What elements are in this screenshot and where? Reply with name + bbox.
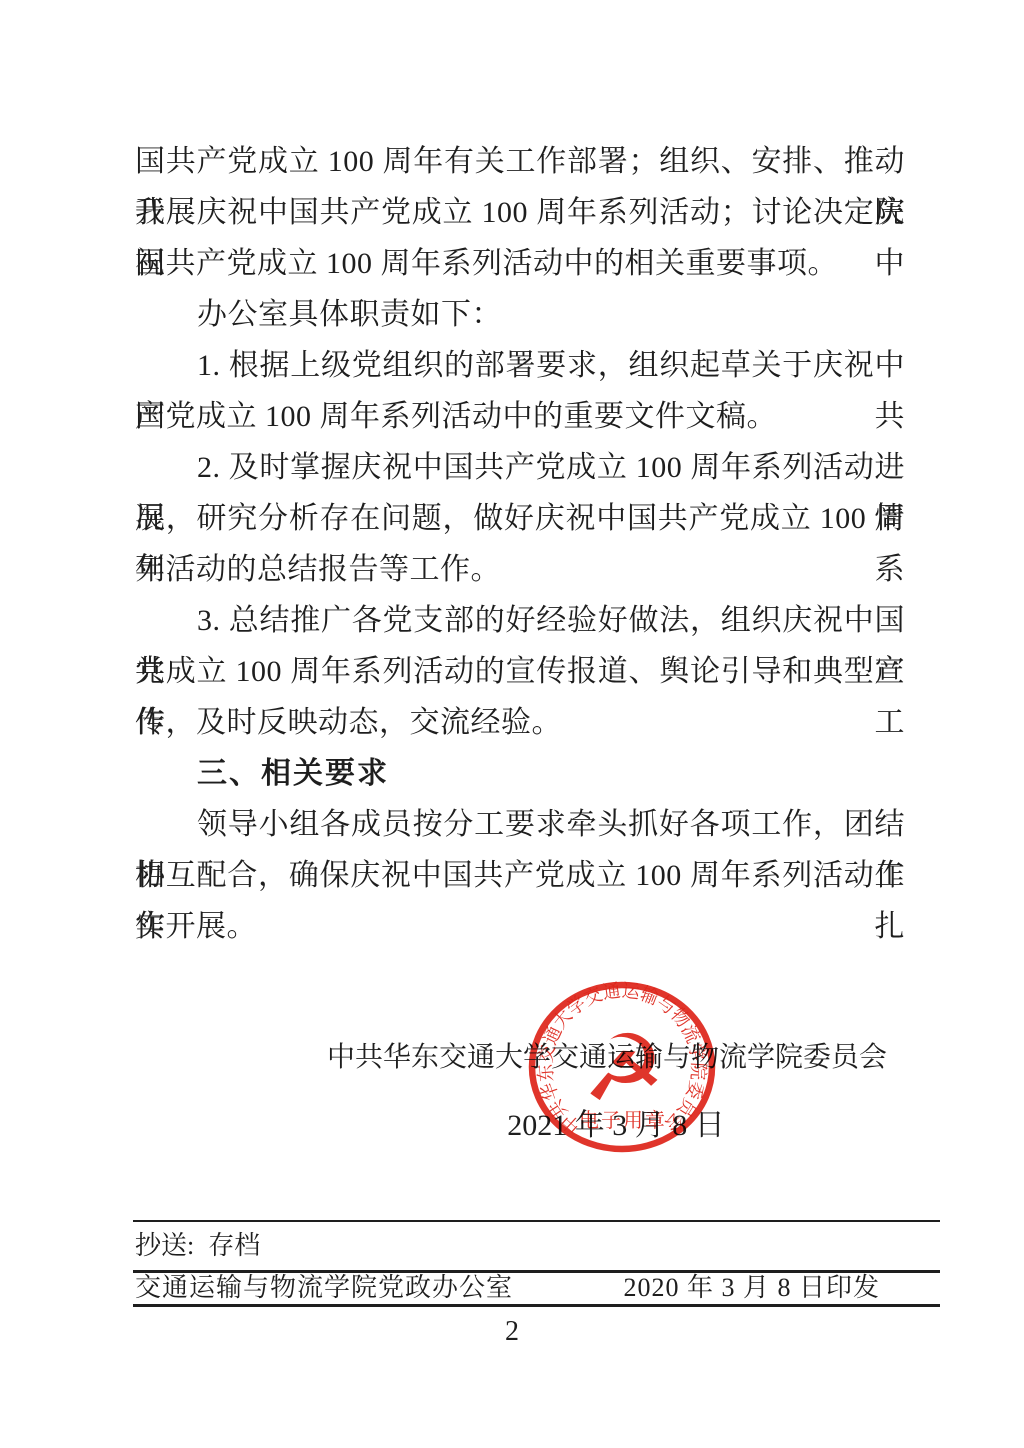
cc-row: 抄送:存档 bbox=[135, 1224, 940, 1268]
body-line: 3. 总结推广各党支部的好经验好做法，组织庆祝中国共产 bbox=[135, 595, 905, 646]
body-line: 党成立 100 周年系列活动的宣传报道、舆论引导和典型宣传工 bbox=[135, 646, 905, 697]
section-heading: 三、相关要求 bbox=[135, 748, 905, 799]
body-line: 国共产党成立 100 周年有关工作部署；组织、安排、推动我院 bbox=[135, 136, 905, 187]
issuing-office: 交通运输与物流学院党政办公室 bbox=[135, 1272, 513, 1303]
issuer-row: 交通运输与物流学院党政办公室 2020 年 3 月 8 日印发 bbox=[135, 1272, 940, 1303]
footer-rule-top bbox=[133, 1220, 940, 1222]
document-body-lines: 国共产党成立 100 周年有关工作部署；组织、安排、推动我院开展庆祝中国共产党成… bbox=[135, 136, 905, 952]
signature-committee: 中共华东交通大学交通运输与物流学院委员会 bbox=[95, 1038, 1024, 1078]
body-line: 领导小组各成员按分工要求牵头抓好各项工作，团结协作 bbox=[135, 799, 905, 850]
document-page: 国共产党成立 100 周年有关工作部署；组织、安排、推动我院开展庆祝中国共产党成… bbox=[0, 0, 1024, 1448]
cc-label: 抄送: bbox=[135, 1231, 194, 1260]
body-line: 况，研究分析存在问题，做好庆祝中国共产党成立 100 周年系 bbox=[135, 493, 905, 544]
body-line: 2. 及时掌握庆祝中国共产党成立 100 周年系列活动进展情 bbox=[135, 442, 905, 493]
signature-date: 2021 年 3 月 8 日 bbox=[104, 1106, 1024, 1146]
body-line: 开展庆祝中国共产党成立 100 周年系列活动；讨论决定庆祝中 bbox=[135, 187, 905, 238]
body-line: 1. 根据上级党组织的部署要求，组织起草关于庆祝中国共 bbox=[135, 340, 905, 391]
body-line: 办公室具体职责如下： bbox=[135, 289, 905, 340]
body-line: 相互配合，确保庆祝中国共产党成立 100 周年系列活动工作扎 bbox=[135, 850, 905, 901]
body-line: 国共产党成立 100 周年系列活动中的相关重要事项。 bbox=[135, 238, 905, 289]
issue-date: 2020 年 3 月 8 日印发 bbox=[623, 1272, 940, 1303]
footer-rule-bottom bbox=[133, 1304, 940, 1307]
page-number: 2 bbox=[0, 1314, 1024, 1350]
cc-value: 存档 bbox=[208, 1231, 260, 1260]
